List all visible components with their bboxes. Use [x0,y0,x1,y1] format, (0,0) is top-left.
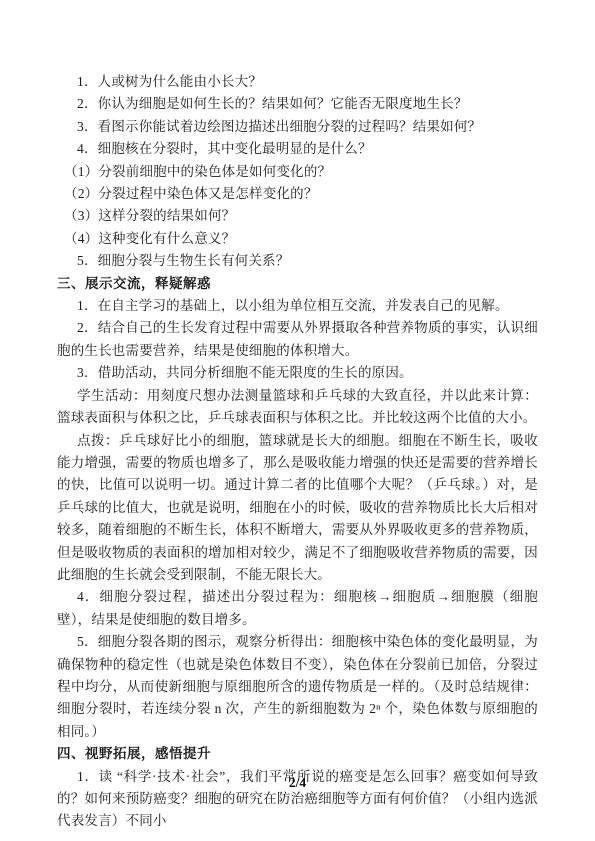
paragraph: 4．细胞核在分裂时，其中变化最明显的是什么？ [57,138,538,160]
paragraph: 3．看图示你能试着边绘图边描述出细胞分裂的过程吗？结果如何？ [57,116,538,138]
paragraph: 2．结合自己的生长发育过程中需要从外界摄取各种营养物质的事实，认识细胞的生长也需… [57,317,538,362]
page-number: 2/4 [0,775,595,791]
paragraph: 2．你认为细胞是如何生长的？结果如何？它能否无限度地生长？ [57,93,538,115]
paragraph: （1）分裂前细胞中的染色体是如何变化的？ [57,161,538,183]
paragraph: 1．在自主学习的基础上，以小组为单位相互交流，并发表自己的见解。 [57,295,538,317]
paragraph: 1．人或树为什么能由小长大？ [57,71,538,93]
paragraph: 学生活动：用刻度尺想办法测量篮球和乒乓球的大致直径，并以此来计算：篮球表面积与体… [57,385,538,430]
section-heading: 三、展示交流，释疑解惑 [57,273,538,295]
paragraph: 3．借助活动，共同分析细胞不能无限度的生长的原因。 [57,362,538,384]
paragraph: 5．细胞分裂各期的图示，观察分析得出：细胞核中染色体的变化最明显，为确保物种的稳… [57,631,538,743]
paragraph: （4）这种变化有什么意义？ [57,228,538,250]
document-page: 1．人或树为什么能由小长大？2．你认为细胞是如何生长的？结果如何？它能否无限度地… [0,0,595,841]
paragraph: （2）分裂过程中染色体又是怎样变化的？ [57,183,538,205]
paragraph: 5．细胞分裂与生物生长有何关系？ [57,250,538,272]
document-body: 1．人或树为什么能由小长大？2．你认为细胞是如何生长的？结果如何？它能否无限度地… [57,71,538,833]
section-heading: 四、视野拓展，感悟提升 [57,743,538,765]
paragraph: 点拨：乒乓球好比小的细胞，篮球就是长大的细胞。细胞在不断生长，吸收能力增强，需要… [57,430,538,587]
paragraph: （3）这样分裂的结果如何？ [57,205,538,227]
paragraph: 4．细胞分裂过程，描述出分裂过程为：细胞核→细胞质→细胞膜（细胞壁），结果是使细… [57,586,538,631]
